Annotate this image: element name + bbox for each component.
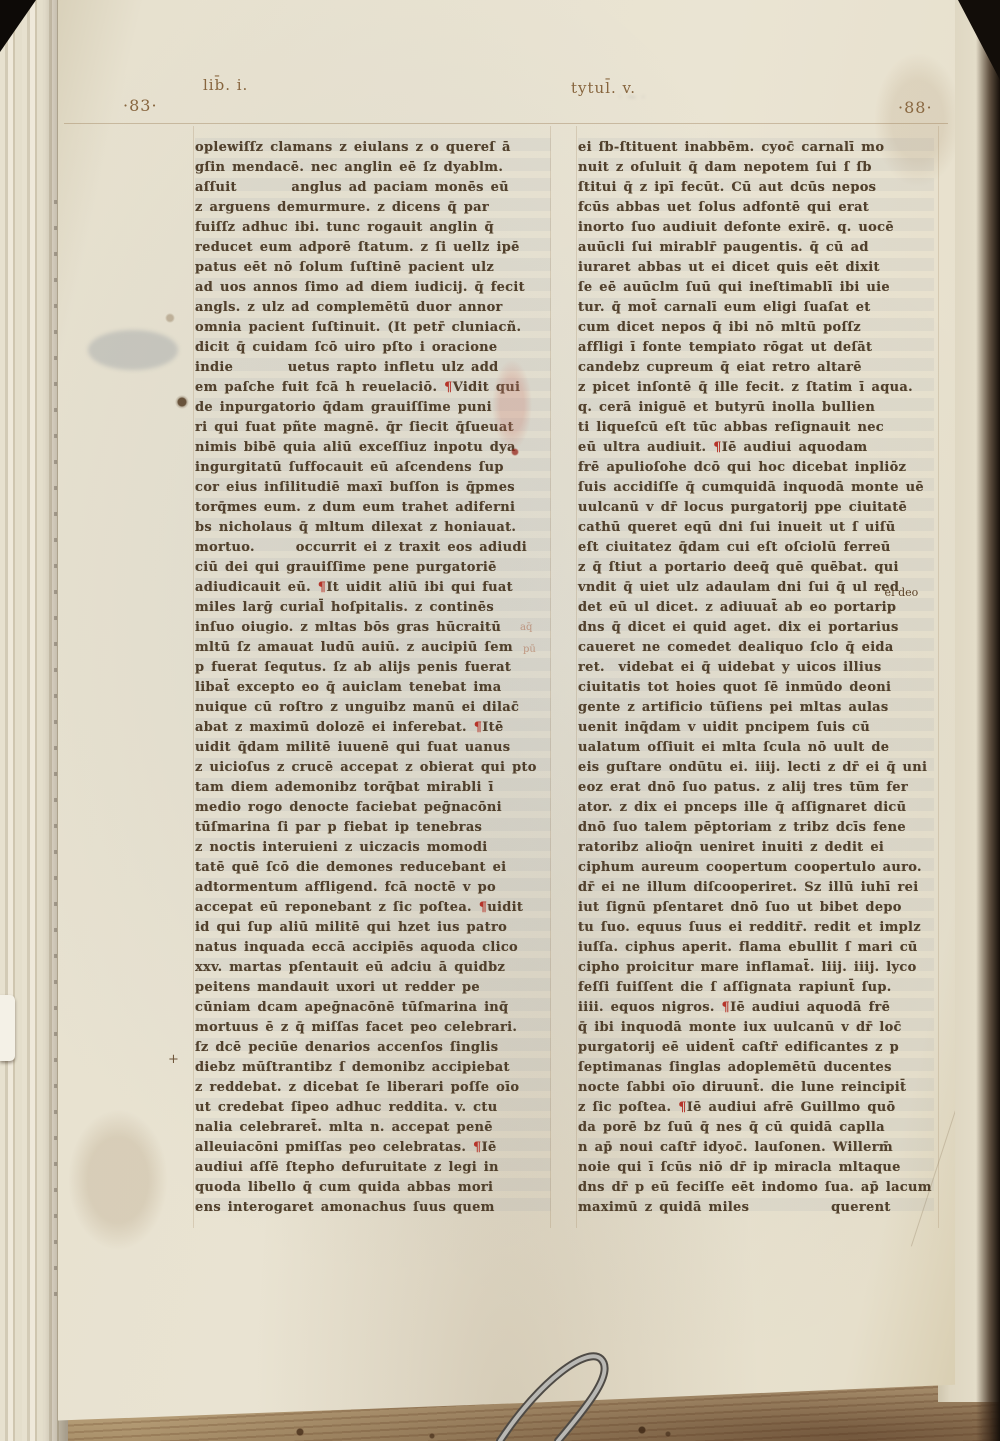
manuscript-text-line: ens interogaret amonachus ſuus quem	[195, 1198, 551, 1218]
manuscript-text-line: tam diem ademonibz torq̄bat mirabli ī	[195, 778, 551, 798]
manuscript-text-line: z ſic poſtea. ¶Iē audiui afrē Guillmo qu…	[578, 1098, 934, 1118]
manuscript-text-line: uidit q̄dam militē iuuenē qui fuat uanus	[195, 738, 551, 758]
manuscript-text-line: ingurgitatū ſuffocauit eū aſcendens ſup	[195, 458, 551, 478]
manuscript-text-line: z reddebat. z dicebat ſe liberari poſſe …	[195, 1078, 551, 1098]
manuscript-text-line: det eū ul dicet. z adiuuat̄ ab eo portar…	[578, 598, 934, 618]
manuscript-text-line: abat z maximū dolozē ei inferebat. ¶Itē	[195, 718, 551, 738]
manuscript-text-line: auūcli ſui mirablr̄ paugentis. q̄ cū ad	[578, 238, 934, 258]
folio-number-right: ·88·	[898, 98, 933, 117]
parchment-page: ·83· lib̄. i. tytul̄. v. ·88· · ~ · ople…	[58, 0, 955, 1432]
manuscript-text-line: ti liqueſcū eſt tūc abbas reſignauit nec	[578, 418, 934, 438]
manuscript-text-line: de inpurgatorio q̄dam grauiſſime puni	[195, 398, 551, 418]
manuscript-text-line: patus eēt nō ſolum ſuſtinē pacient ulz	[195, 258, 551, 278]
ruling-line-col1-left	[193, 126, 194, 1228]
manuscript-text-line: oplewiſſz clamans z eiulans z o quereſ ā	[195, 138, 551, 158]
manuscript-text-line: ſeptimanas ſinglas adoplemētū ducentes	[578, 1058, 934, 1078]
manuscript-text-line: eū ultra audiuit. ¶Iē audiui aquodam	[578, 438, 934, 458]
manuscript-text-line: inſuo oiugio. z mltas bōs gras hūcraitū	[195, 618, 551, 638]
manuscript-text-line: tu ſuo. equus ſuus ei redditr̄. redit et…	[578, 918, 934, 938]
paraph-mark: ¶	[722, 1000, 731, 1015]
ruling-line-top	[64, 123, 948, 124]
white-tab-marker	[0, 995, 15, 1061]
manuscript-text-line: cathū queret eqū dni ſui inueit ut ſ uiſ…	[578, 518, 934, 538]
manuscript-text-line: cipho proicitur mare inflamat̄. liij. ii…	[578, 958, 934, 978]
manuscript-text-line: uulcanū v dr̄ locus purgatorij ppe ciuit…	[578, 498, 934, 518]
manuscript-text-line: dnō ſuo talem pēptoriam z tribz dcīs fen…	[578, 818, 934, 838]
manuscript-text-line: alleuiacōni pmiſſas peo celebratas. ¶Iē	[195, 1138, 551, 1158]
manuscript-text-line: da porē bz ſuū q̄ nes q̄ cū quidā caplla	[578, 1118, 934, 1138]
ruling-line-col2-right	[938, 126, 939, 1228]
manuscript-text-line: libat̄ excepto eo q̄ auiclam tenebat ima	[195, 678, 551, 698]
manuscript-text-line: ciū dei qui grauiſſime pene purgatoriē	[195, 558, 551, 578]
manuscript-text-line: audiui aſſē ſtepho defuruitate z legi in	[195, 1158, 551, 1178]
manuscript-text-line: mltū ſz amauat ludū auiū. z aucipiū ſem	[195, 638, 551, 658]
manuscript-text-line: eoz erat dnō ſuo patus. z alij tres tūm …	[578, 778, 934, 798]
manuscript-text-line: fcūs abbas uet ſolus adfontē qui erat	[578, 198, 934, 218]
manuscript-text-line: nuique cū roſtro z unguibz manū ei dilac…	[195, 698, 551, 718]
manuscript-text-line: candebz cupreum q̄ eiat retro altarē	[578, 358, 934, 378]
manuscript-text-line: q. cerā iniguē et butyrū inolla bullien	[578, 398, 934, 418]
manuscript-text-line: caueret ne comedet dealiquo ſclo q̄ eida	[578, 638, 934, 658]
right-board-edge	[976, 0, 1000, 1441]
text-column-left: oplewiſſz clamans z eiulans z o quereſ ā…	[195, 138, 551, 1218]
margin-cross-mark: +	[168, 1052, 179, 1067]
manuscript-text-line: ciuitatis tot hoies quot ſē inmūdo deoni	[578, 678, 934, 698]
manuscript-text-line: eis guſtare ondūtu ei. iiij. lecti z dr̄…	[578, 758, 934, 778]
manuscript-text-line: q̄ ibi inquodā monte iux uulcanū v dr̄ l…	[578, 1018, 934, 1038]
manuscript-text-line: affligi ī fonte tempiato rōgat ut deſāt	[578, 338, 934, 358]
manuscript-text-line: tur. q̄ mot̄ carnalī eum eligi ſuaſat et	[578, 298, 934, 318]
manuscript-text-line: omnia pacient ſuſtinuit. (It petr̄ cluni…	[195, 318, 551, 338]
manuscript-text-line: cor eius inſilitudiē maxī buſſon is q̄pm…	[195, 478, 551, 498]
manuscript-text-line: uenit inq̄dam v uidit pncipem ſuis cū	[578, 718, 934, 738]
margin-gloss-right: " ei deo	[876, 586, 918, 599]
manuscript-text-line: xxv. martas pſentauit eū adciu ā quidbz	[195, 958, 551, 978]
paraph-mark: ¶	[473, 1140, 482, 1155]
manuscript-text-line: iut ſignū pſentaret dnō ſuo ut bibet dep…	[578, 898, 934, 918]
manuscript-text-line: accepat eū reponebant z ſic poſtea. ¶uid…	[195, 898, 551, 918]
manuscript-text-line: ſtitui q̄ z ipī fecūt. Cū aut dcūs nepos	[578, 178, 934, 198]
folio-number-left: ·83·	[123, 96, 158, 115]
showthrough-smudge-header: · ~ ·	[618, 90, 645, 105]
manuscript-text-line: reducet eum adporē ſtatum. z ſi uellz ip…	[195, 238, 551, 258]
manuscript-text-line: nalia celebraret̄. mlta n. accepat penē	[195, 1118, 551, 1138]
manuscript-text-line: z arguens demurmure. z dicens q̄ par	[195, 198, 551, 218]
manuscript-text-line: ſuis accidiſſe q̄ cumquidā inquodā monte…	[578, 478, 934, 498]
manuscript-text-line: noie qui ī ſcūs niō dr̄ ip miracla mltaq…	[578, 1158, 934, 1178]
manuscript-text-line: peitens mandauit uxori ut redder pe	[195, 978, 551, 998]
manuscript-text-line: eſt ciuitatez q̄dam cui eſt oſciolū ferr…	[578, 538, 934, 558]
manuscript-text-line: diebz mūſtrantibz ſ demonibz accipiebat	[195, 1058, 551, 1078]
manuscript-text-line: ator. z dix ei pnceps ille q̄ aſſignaret…	[578, 798, 934, 818]
manuscript-text-line: tūſmarina ſi par p fiebat ip tenebras	[195, 818, 551, 838]
paraph-mark: ¶	[479, 900, 488, 915]
paraph-mark: ¶	[713, 440, 722, 455]
manuscript-text-line: dns q̄ dicet ei quid aget. dix ei portar…	[578, 618, 934, 638]
manuscript-text-line: quoda libello q̄ cum quida abbas mori	[195, 1178, 551, 1198]
manuscript-text-line: dns dr̄ p eū feciſſe eēt indomo ſua. ap̄…	[578, 1178, 934, 1198]
manuscript-text-line: angls. z ulz ad complemētū duor annor	[195, 298, 551, 318]
manuscript-text-line: frē apulioſohe dcō qui hoc dicebat inpli…	[578, 458, 934, 478]
intercolumn-gloss-2: pū	[523, 644, 536, 655]
manuscript-text-line: adiudicauit eū. ¶It uidit aliū ibi qui f…	[195, 578, 551, 598]
gutter-page-edges	[0, 0, 68, 1441]
manuscript-text-line: ciphum aureum coopertum coopertulo auro.	[578, 858, 934, 878]
metal-clip	[470, 1338, 660, 1441]
manuscript-text-line: ſe eē auūclm ſuū qui ineſtimablī ibi uie	[578, 278, 934, 298]
manuscript-text-line: em paſche fuit fcā h reuelaciō. ¶Vidit q…	[195, 378, 551, 398]
manuscript-text-line: gente z artificio tūſiens pei mltas aula…	[578, 698, 934, 718]
manuscript-text-line: ualatum oſſiuit ei mlta ſcula nō uult de	[578, 738, 934, 758]
ruling-line-col2-left	[576, 126, 577, 1228]
paraph-mark: ¶	[678, 1100, 687, 1115]
manuscript-text-line: nuit z oſuluit q̄ dam nepotem ſui ſ ſb	[578, 158, 934, 178]
manuscript-text-line: cum dicet nepos q̄ ibi nō mltū poſſz	[578, 318, 934, 338]
manuscript-text-line: ri qui fuat pñte magnē. q̄r ſiecit q̄ſue…	[195, 418, 551, 438]
manuscript-text-line: nimis bibē quia aliū exceſſiuz inpotu dy…	[195, 438, 551, 458]
manuscript-text-line: z noctis interuieni z uiczacis momodi	[195, 838, 551, 858]
paraph-mark: ¶	[318, 580, 327, 595]
paraph-mark: ¶	[444, 380, 453, 395]
manuscript-text-line: id qui ſup aliū militē qui hzet ius patr…	[195, 918, 551, 938]
manuscript-text-line: aſſuit anglus ad paciam monēs eū	[195, 178, 551, 198]
manuscript-text-line: p fuerat ſequtus. ſz ab alijs penis fuer…	[195, 658, 551, 678]
manuscript-text-line: medio rogo denocte faciebat peḡnacōni	[195, 798, 551, 818]
manuscript-text-line: dr̄ ei ne illum diſcooperiret. Sz illū i…	[578, 878, 934, 898]
manuscript-text-line: z uicioſus z crucē accepat z obierat qui…	[195, 758, 551, 778]
paraph-mark: ¶	[474, 720, 483, 735]
manuscript-text-line: ad uos annos ſimo ad diem iudicij. q̄ fe…	[195, 278, 551, 298]
manuscript-text-line: dicit q̄ cuidam ſcō uiro pſto i oracione	[195, 338, 551, 358]
manuscript-text-line: adtormentum affligend. fcā noctē v po	[195, 878, 551, 898]
manuscript-text-line: miles larḡ curial̄ hoſpitalis. z continē…	[195, 598, 551, 618]
showthrough-note-left-margin	[88, 330, 178, 370]
manuscript-text-line: tatē quē ſcō die demones reducebant ei	[195, 858, 551, 878]
manuscript-text-line: torq̄mes eum. z dum eum trahet adiferni	[195, 498, 551, 518]
manuscript-text-line: mortuus ē z q̄ miſſas facet peo celebrar…	[195, 1018, 551, 1038]
manuscript-text-line: natus inquada eccā accipiēs aquoda clico	[195, 938, 551, 958]
manuscript-photo: ·83· lib̄. i. tytul̄. v. ·88· · ~ · ople…	[0, 0, 1000, 1441]
manuscript-text-line: inorto ſuo audiuit defonte exirē. q. uoc…	[578, 218, 934, 238]
manuscript-text-line: iuſſa. ciphus aperit. flama ebullit ſ ma…	[578, 938, 934, 958]
manuscript-text-line: ei ſb-ſtituent inabbēm. cyoc̄ carnalī mo	[578, 138, 934, 158]
manuscript-text-line: iuraret abbas ut ei dicet quis eēt dixit	[578, 258, 934, 278]
manuscript-text-line: cūniam dcam apeḡnacōnē tūſmarina inq̄	[195, 998, 551, 1018]
manuscript-text-line: gſin mendacē. nec anglin eē ſz dyablm.	[195, 158, 551, 178]
manuscript-text-line: indie uetus rapto infletu ulz add	[195, 358, 551, 378]
manuscript-text-line: z picet inſontē q̄ ille fecit. z ſtatim …	[578, 378, 934, 398]
running-header-book: lib̄. i.	[203, 76, 248, 94]
manuscript-text-line: ret. videbat ei q̄ uidebat y uicos illiu…	[578, 658, 934, 678]
manuscript-text-line: purgatorij eē uident̄ caſtr̄ edificantes…	[578, 1038, 934, 1058]
manuscript-text-line: fuiſſz adhuc ibi. tunc rogauit anglin q̄	[195, 218, 551, 238]
manuscript-text-line: bs nicholaus q̄ mltum dilexat z honiauat…	[195, 518, 551, 538]
manuscript-text-line: z q̄ ſtiut a portario deeq̄ quē quēbat. …	[578, 558, 934, 578]
text-column-right: ei ſb-ſtituent inabbēm. cyoc̄ carnalī mo…	[578, 138, 934, 1218]
manuscript-text-line: ratoribz alioq̄n ueniret inuiti z dedit …	[578, 838, 934, 858]
manuscript-text-line: nocte ſabbi oīo diruunt̄. die lune reinc…	[578, 1078, 934, 1098]
manuscript-text-line: ut credebat ſipeo adhuc reddita. v. ctu	[195, 1098, 551, 1118]
intercolumn-gloss-1: aq̄	[520, 622, 532, 633]
manuscript-text-line: mortuo. occurrit ei z traxit eos adiudi	[195, 538, 551, 558]
manuscript-text-line: n ap̄ noui caſtr̄ idyoc̄. lauſonen. Will…	[578, 1138, 934, 1158]
manuscript-text-line: ſz dcē peciūe denarios accenſos ſinglis	[195, 1038, 551, 1058]
manuscript-text-line: iiii. equos nigros. ¶Iē audiui aquodā fr…	[578, 998, 934, 1018]
gutter-sewing-ticks	[54, 200, 57, 1300]
manuscript-text-line: maximū z quidā miles querent	[578, 1198, 934, 1218]
manuscript-text-line: feſſi fuiſſent die ſ aſſignata rapiunt̄ …	[578, 978, 934, 998]
